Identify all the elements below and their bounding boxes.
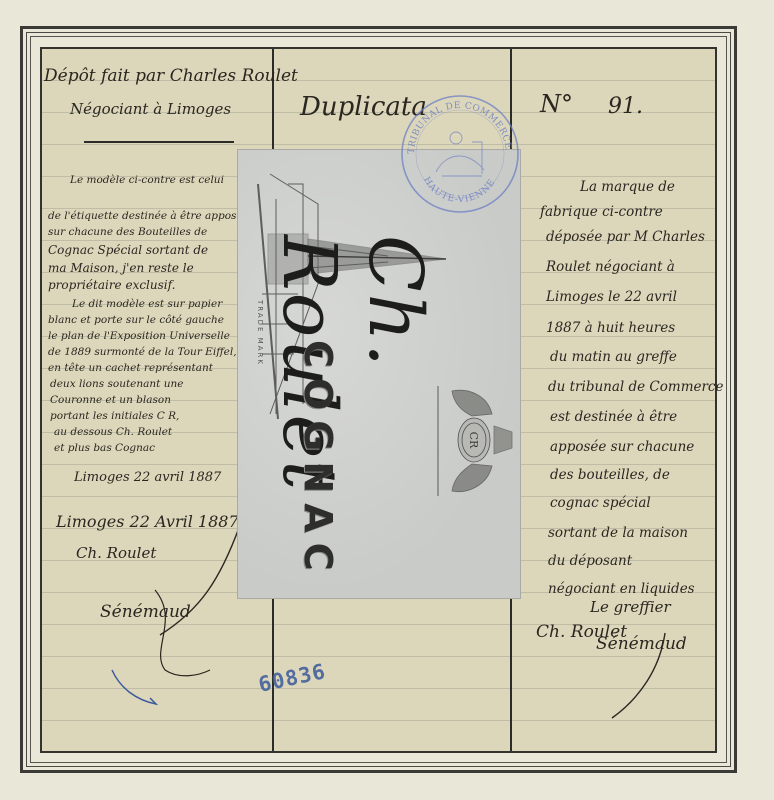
trademark-text: TRADE MARK bbox=[256, 300, 264, 366]
blue-pencil-mark bbox=[106, 668, 166, 710]
svg-text:HAUTE-VIENNE: HAUTE-VIENNE bbox=[421, 175, 498, 205]
left-text-line: et plus bas Cognac bbox=[54, 438, 155, 459]
svg-text:TRIBUNAL DE COMMERCE DE LIMOGE: TRIBUNAL DE COMMERCE DE LIMOGES bbox=[398, 92, 513, 154]
right-text-line: est destinée à être bbox=[550, 402, 677, 434]
left-signature-roulet: Ch. Roulet bbox=[76, 544, 156, 562]
left-date-line: Limoges 22 avril 1887 bbox=[74, 470, 221, 485]
header-merchant-city: Négociant à Limoges bbox=[70, 100, 231, 118]
lion-crest-illustration: CR bbox=[432, 386, 522, 496]
right-text-line: déposée par M Charles bbox=[546, 222, 705, 254]
crest-initials: CR bbox=[467, 432, 480, 449]
right-text-line: Limoges le 22 avril bbox=[546, 282, 677, 314]
right-text-line: du tribunal de Commerce bbox=[548, 372, 724, 404]
right-clerk-title: Le greffier bbox=[590, 598, 671, 616]
label-product-name: COGNAC bbox=[296, 340, 340, 580]
header-number-label: N° bbox=[540, 90, 573, 118]
right-text-line: Roulet négociant à bbox=[546, 252, 675, 284]
right-text-line: du matin au greffe bbox=[550, 342, 677, 374]
cognac-label-specimen: TRADE MARK Ch. Roulet COGNAC CR bbox=[238, 150, 520, 598]
right-text-line: 1887 à huit heures bbox=[546, 313, 675, 345]
header-depositor: Dépôt fait par Charles Roulet bbox=[44, 66, 298, 86]
right-depositor-signature: Ch. Roulet bbox=[536, 622, 627, 642]
seal-text-bottom: HAUTE-VIENNE bbox=[421, 175, 498, 205]
left-second-date: Limoges 22 Avril 1887 bbox=[56, 512, 239, 531]
left-text-line: Le modèle ci-contre est celui bbox=[70, 170, 224, 191]
tribunal-seal-stamp: TRIBUNAL DE COMMERCE DE LIMOGES HAUTE-VI… bbox=[398, 92, 522, 216]
right-text-line: cognac spécial bbox=[550, 488, 651, 520]
seal-text-top: TRIBUNAL DE COMMERCE DE LIMOGES bbox=[398, 92, 513, 154]
left-signature-clerk: Sénémaud bbox=[100, 602, 191, 622]
header-underline bbox=[84, 141, 234, 143]
label-brand-script: Ch. Roulet bbox=[266, 235, 438, 535]
header-number-value: 91. bbox=[608, 94, 643, 119]
